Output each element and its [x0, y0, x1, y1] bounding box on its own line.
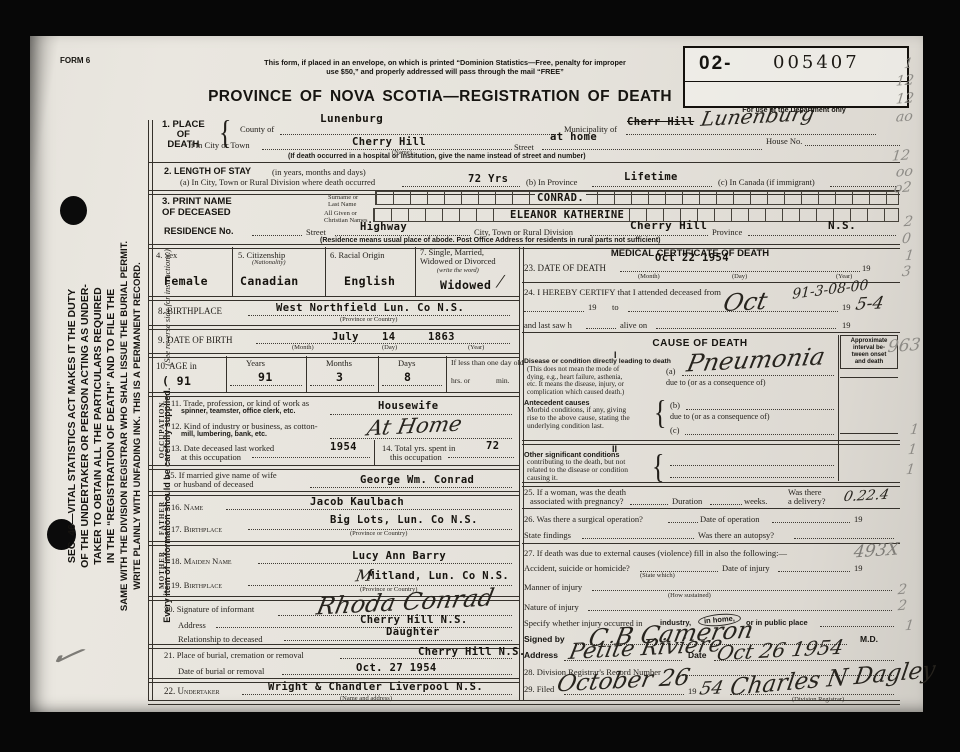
dotted-line [586, 327, 616, 329]
interval-line: and death [841, 359, 897, 366]
external-causes-label: 27. If death was due to external causes … [524, 548, 787, 558]
pencil-margin-note: 0 [901, 231, 912, 248]
hospital-note: (If death occurred in a hospital or inst… [288, 153, 586, 160]
cell-rule [166, 544, 167, 596]
md-label: M.D. [860, 634, 878, 644]
section-rule [148, 162, 900, 163]
informant-address-value: Cherry Hill N.S. [360, 614, 468, 626]
dotted-line [252, 234, 302, 236]
stay-b-value: Lifetime [624, 171, 678, 183]
dotted-line [778, 570, 850, 572]
cause-a-label: (a) [666, 366, 675, 376]
age-years-value: 91 [258, 370, 273, 384]
sex-label: 4. Sex [156, 250, 177, 260]
dotted-line [820, 625, 894, 627]
section-rule [522, 543, 900, 544]
age-col-months: Months [326, 358, 352, 368]
signed-by-label: Signed by [524, 634, 565, 644]
disease-note: (This does not mean the mode of dying, e… [527, 366, 624, 396]
father-birthplace-sub: (Province or Country) [350, 530, 407, 537]
bottom-rule [148, 700, 900, 705]
section-rule [148, 296, 519, 301]
total-yrs-label-2: this occupation [390, 452, 442, 462]
pencil-margin-note: 1 [907, 442, 918, 459]
mother-side-label: MOTHER [158, 551, 166, 589]
citizenship-value: Canadian [240, 274, 299, 288]
residence-street-value: Highway [360, 221, 407, 233]
interval-rule [840, 433, 898, 434]
trade-label-2: spinner, teamster, office clerk, etc. [181, 408, 295, 415]
residence-city-label: City, Town or Rural Division [474, 227, 573, 237]
dotted-line [284, 639, 512, 641]
cause-b-label: (b) [670, 400, 680, 410]
pencil-margin-note: 963 [887, 335, 922, 357]
length-of-stay-label: 2. LENGTH OF STAY [164, 166, 251, 176]
dod-sub-month: (Month) [638, 273, 660, 280]
date-of-death-value: Oct 22 1954 [655, 252, 729, 264]
dotted-line [670, 476, 834, 478]
antecedent-line: underlying condition last. [527, 422, 630, 430]
dotted-line [230, 384, 302, 386]
relationship-label: Relationship to deceased [178, 634, 263, 644]
operation-label: 26. Was there a surgical operation? [524, 514, 643, 524]
street-value: at home [550, 131, 597, 143]
mother-name-label: 18. Maiden Name [171, 556, 232, 566]
mail-note: This form, if placed in an envelope, on … [180, 58, 710, 76]
dotted-line [335, 234, 470, 236]
marital-value: Widowed [440, 278, 491, 292]
form-number: FORM 6 [60, 56, 90, 65]
pencil-margin-note: o2 [893, 179, 912, 196]
father-name-label: 16. Name [171, 502, 203, 512]
column-divider [519, 247, 524, 700]
disease-note-line: complication which caused death.) [527, 389, 624, 397]
pencil-margin-note: ao [895, 108, 914, 125]
physician-address-label: Address [524, 650, 558, 660]
due-to-2: due to (or as a consequence of) [670, 412, 770, 421]
cell-rule [226, 356, 227, 392]
accident-label: Accident, suicide or homicide? [524, 563, 630, 573]
section-rule [148, 325, 519, 330]
stay-a-label: (a) In City, Town or Rural Division wher… [180, 177, 375, 187]
stamp-prefix: 02- [699, 53, 732, 75]
dotted-line [592, 185, 712, 187]
dotted-line [668, 521, 698, 523]
spouse-label-2: or husband of deceased [174, 479, 254, 489]
dotted-line [258, 562, 512, 564]
length-of-stay-sub: (in years, months and days) [272, 167, 366, 177]
dotted-line [620, 270, 860, 272]
dotted-line [590, 234, 708, 236]
section-rule [148, 392, 519, 397]
print-name-label: 3. PRINT NAME OF DECEASED [162, 196, 232, 218]
surname-value: CONRAD. [535, 192, 586, 204]
interval-rule [840, 377, 898, 378]
pencil-margin-note: 3 [901, 264, 912, 281]
sex-value: Female [164, 274, 208, 288]
father-side-label: FATHER [158, 501, 166, 535]
dotted-line [216, 626, 512, 628]
pencil-margin-note: 2 [897, 598, 908, 615]
residence-province-value: N.S. [828, 219, 856, 232]
father-birthplace-value: Big Lots, Lun. Co N.S. [330, 514, 478, 526]
burial-place-label: 21. Place of burial, cremation or remova… [164, 650, 304, 660]
cause-c-label: (c) [670, 425, 679, 435]
cell-rule [378, 356, 379, 392]
surname-sub-label: Surname or Last Name [328, 194, 358, 208]
pregnancy-label-2: associated with pregnancy? [530, 496, 623, 506]
stay-c-label: (c) In Canada (if immigrant) [718, 177, 815, 187]
mother-birthplace-value: Mitland, Lun. Co N.S. [368, 570, 509, 582]
age-col-less-than-day: If less than one day old [451, 358, 524, 367]
scanned-death-registration: { "header": { "form_no": "FORM 6", "mail… [0, 0, 960, 752]
mail-note-line2: use $50,” and properly addressed will pa… [180, 67, 710, 76]
industry-label-2: mill, lumbering, bank, etc. [181, 431, 267, 438]
dotted-line [592, 589, 892, 591]
dod-19: 19 [862, 263, 871, 273]
dotted-line [310, 486, 512, 488]
dotted-line [794, 537, 894, 539]
mother-birthplace-label: 19. Birthplace [171, 580, 222, 590]
cell-rule [374, 440, 375, 465]
pencil-margin-note: 1 [904, 248, 915, 265]
cell-rule [166, 395, 167, 465]
stay-b-label: (b) In Province [526, 177, 577, 187]
last-saw-label-2: alive on [620, 320, 647, 330]
mother-name-value: Lucy Ann Barry [352, 550, 446, 562]
filed-label: 29. Filed [524, 684, 554, 694]
marital-label: 7. Single, Married, Widowed or Divorced … [420, 248, 496, 275]
dotted-line [685, 433, 834, 435]
other-brace: { [652, 448, 664, 487]
other-note: contributing to the death, but not relat… [527, 458, 628, 482]
dotted-line [564, 659, 682, 661]
age-label: 10. AGE in [156, 361, 197, 371]
residence-street-label: Street [306, 227, 326, 237]
signed-date-label: Date [688, 650, 706, 660]
pencil-margin-note: 2 [903, 214, 914, 231]
marital-pen-tick: ∕ [496, 272, 505, 290]
dotted-line [382, 384, 442, 386]
mail-note-line1: This form, if placed in an envelope, on … [180, 58, 710, 67]
racial-origin-label: 6. Racial Origin [330, 250, 385, 260]
undertaker-value: Wright & Chandler Liverpool N.S. [268, 681, 483, 693]
disease-bold-label: Disease or condition directly leading to… [524, 358, 671, 365]
age-min-label: min. [496, 376, 510, 385]
citizenship-sub: (Nationality) [252, 259, 286, 266]
pencil-margin-note: 1 [905, 462, 916, 479]
dotted-line [626, 133, 876, 135]
father-birthplace-label: 17. Birthplace [171, 524, 222, 534]
pregnancy-hand-note: 0.22.4 [842, 487, 890, 505]
undertaker-label: 22. Undertaker [164, 686, 220, 696]
cell-rule [415, 247, 416, 296]
dotted-line [524, 310, 584, 312]
nature-label: Nature of injury [524, 602, 579, 612]
dotted-line [748, 234, 896, 236]
dotted-line [330, 437, 512, 439]
age-col-years: Years [246, 358, 265, 368]
delivery-label-2: a delivery? [788, 496, 826, 506]
findings-label: State findings [524, 530, 571, 540]
section-rule [148, 541, 519, 546]
dotted-line [280, 133, 560, 135]
section-rule [522, 508, 900, 509]
last-saw-19: 19 [842, 320, 851, 330]
section-rule [522, 332, 900, 333]
dod-sub-day: (Day) [732, 273, 747, 280]
certificate-paper: FORM 6 SEC. 46—VITAL STATISTICS ACT MAKE… [30, 36, 923, 712]
duration-label: Duration [672, 496, 702, 506]
dotted-line [670, 464, 834, 466]
marital-label-3: (write the word) [420, 266, 496, 275]
manner-label: Manner of injury [524, 582, 582, 592]
county-value: Lunenburg [320, 112, 383, 125]
birthplace-sub: (Province or Country) [340, 316, 397, 323]
age-days-value: 8 [404, 370, 411, 384]
last-worked-value: 1954 [330, 441, 357, 453]
occupation-side-cell: OCCUPATION [151, 395, 163, 465]
father-side-cell: FATHER [151, 493, 163, 543]
marital-label-2: Widowed or Divorced [420, 257, 496, 266]
dotted-line [772, 521, 850, 523]
dotted-line [542, 148, 762, 150]
operation-date-label: Date of operation [700, 514, 759, 524]
statute-line: WRITE PLAINLY WITH UNFADING INK. THIS IS… [131, 183, 144, 669]
dotted-line [588, 609, 892, 611]
page-title: PROVINCE OF NOVA SCOTIA—REGISTRATION OF … [170, 88, 710, 106]
antecedent-note: Morbid conditions, if any, giving rise t… [527, 406, 630, 430]
dotted-line [282, 673, 512, 675]
birthplace-label: 8. BIRTHPLACE [158, 306, 222, 316]
industry-label-1: 12. Kind of industry or business, as cot… [171, 421, 318, 431]
surname-boxes [375, 191, 899, 205]
pencil-margin-note: 1 [904, 618, 915, 635]
father-name-value: Jacob Kaulbach [310, 496, 404, 508]
interval-col-rule [838, 335, 839, 481]
cause-a-handwritten: Pneumonia [684, 342, 827, 377]
surname-sub-1: Surname or [328, 194, 358, 201]
dob-sub-month: (Month) [292, 344, 314, 351]
dotted-line [805, 144, 900, 146]
age-brace-value: ( 91 [162, 374, 191, 388]
dotted-line [582, 537, 694, 539]
dotted-line [630, 503, 668, 505]
residence-label: RESIDENCE No. [164, 226, 234, 236]
how-sustained-sub: (How sustained) [668, 592, 711, 599]
pencil-margin-note: 1 [903, 56, 914, 73]
stamp-divider [685, 81, 907, 82]
dotted-line [262, 148, 512, 150]
weeks-label: weeks. [744, 496, 767, 506]
cell-rule [232, 247, 233, 296]
certify-19a: 19 [588, 302, 597, 312]
certify-hand-year: 5-4 [854, 293, 886, 314]
racial-origin-value: English [344, 274, 395, 288]
dotted-line [252, 456, 370, 458]
dotted-line [714, 659, 894, 661]
house-no-label: House No. [766, 136, 802, 146]
age-hrs-label: hrs. or [451, 376, 470, 385]
injury-19: 19 [854, 563, 863, 573]
dotted-line [226, 508, 512, 510]
age-months-value: 3 [336, 370, 343, 384]
statute-line: SAME WITH THE DIVISION REGISTRAR WHO SHA… [118, 183, 131, 669]
dotted-line [656, 327, 836, 329]
municipality-struck-value: Cherr Hill [627, 116, 694, 128]
cell-rule [166, 494, 167, 541]
state-which-sub: (State which) [640, 572, 675, 579]
trade-value: Housewife [378, 400, 439, 412]
relationship-value: Daughter [386, 626, 440, 638]
dob-sub-day: (Day) [382, 344, 397, 351]
occupation-side-label: OCCUPATION [158, 402, 166, 459]
street-label: Street [514, 142, 534, 152]
date-of-birth-label: 9. DATE OF BIRTH [158, 335, 232, 345]
total-yrs-value: 72 [486, 440, 499, 452]
dob-sub-year: (Year) [468, 344, 484, 351]
trade-label-1: 11. Trade, profession, or kind of work a… [171, 398, 309, 408]
given-name-value: ELEANOR KATHERINE [508, 209, 626, 221]
dotted-line [710, 503, 742, 505]
certify-to: to [612, 302, 619, 312]
pencil-margin-note: 12 [895, 90, 915, 107]
mother-side-cell: MOTHER [151, 543, 163, 597]
birthplace-value: West Northfield Lun. Co N.S. [276, 302, 464, 314]
pencil-margin-note: 12 [895, 72, 915, 89]
cell-rule [325, 247, 326, 296]
injury-date-label: Date of injury [722, 563, 770, 573]
dotted-line [310, 384, 374, 386]
stay-a-value: 72 Yrs [468, 173, 508, 185]
burial-date-label: Date of burial or removal [178, 666, 264, 676]
statute-line: IN THE “REGISTRATION OF DEATH” AND TO FI… [105, 183, 118, 669]
residence-province-label: Province [712, 227, 742, 237]
last-worked-label-2: at this occupation [181, 452, 241, 462]
filed-54: 54 [698, 677, 725, 699]
pencil-margin-note: 12 [891, 147, 911, 164]
dotted-line [448, 456, 514, 458]
stamp-number: 005407 [773, 52, 860, 73]
division-registrar-sub: (Division Registrar) [792, 696, 844, 703]
dotted-line [340, 657, 512, 659]
statute-line: TAKER TO OBTAIN ALL THE PARTICULARS REQU… [92, 183, 105, 669]
informant-address-label: Address [178, 620, 206, 630]
dotted-line [682, 374, 834, 376]
city-town-label: If in City or Town [188, 140, 250, 150]
other-line: causing it. [527, 474, 628, 482]
dotted-line [686, 408, 834, 410]
pencil-margin-note: 2 [897, 582, 908, 599]
age-col-days: Days [398, 358, 415, 368]
dotted-line [564, 693, 684, 695]
residence-note: (Residence means usual place of abode. P… [320, 237, 661, 244]
residence-city-value: Cherry Hill [630, 219, 707, 232]
certify-hand-month: Oct [721, 287, 770, 317]
date-of-death-label: 23. DATE OF DEATH [524, 263, 606, 273]
statute-line: SEC. 46—VITAL STATISTICS ACT MAKES IT TH… [66, 183, 79, 669]
pencil-margin-note: 1 [909, 422, 920, 439]
antecedent-brace: { [654, 394, 666, 433]
cell-rule [306, 356, 307, 392]
last-saw-label-1: and last saw h [524, 320, 572, 330]
spouse-value: George Wm. Conrad [360, 474, 474, 486]
print-name-label-2: OF DECEASED [162, 207, 232, 218]
department-stamp-box: 02- 005407 [683, 46, 909, 108]
filed-19: 19 [688, 686, 697, 696]
given-sub-1: All Given or [324, 210, 368, 217]
pencil-margin-note: oo [895, 163, 914, 180]
margin-statute-text: SEC. 46—VITAL STATISTICS ACT MAKES IT TH… [66, 183, 150, 669]
dotted-line [830, 185, 896, 187]
external-pencil-note: 493X [853, 539, 900, 562]
dotted-line [730, 693, 894, 695]
print-name-label-1: 3. PRINT NAME [162, 196, 232, 207]
section-rule [522, 440, 900, 445]
informant-label: 20. Signature of informant [164, 604, 254, 614]
cell-rule [446, 356, 447, 392]
autopsy-label: Was there an autopsy? [698, 530, 774, 540]
city-town-value: Cherry Hill [352, 136, 426, 148]
certify-label: 24. I HEREBY CERTIFY that I attended dec… [524, 287, 721, 297]
statute-line: OF THE UNDERTAKER OR PERSON ACTING AS UN… [79, 183, 92, 669]
operation-19: 19 [854, 514, 863, 524]
county-label: County of [240, 124, 274, 134]
dotted-line [402, 185, 520, 187]
due-to-1: due to (or as a consequence of) [666, 378, 766, 387]
certify-19b: 19 [842, 302, 851, 312]
municipality-handwritten-value: Lunenburg [699, 101, 817, 131]
surname-sub-2: Last Name [328, 201, 358, 208]
